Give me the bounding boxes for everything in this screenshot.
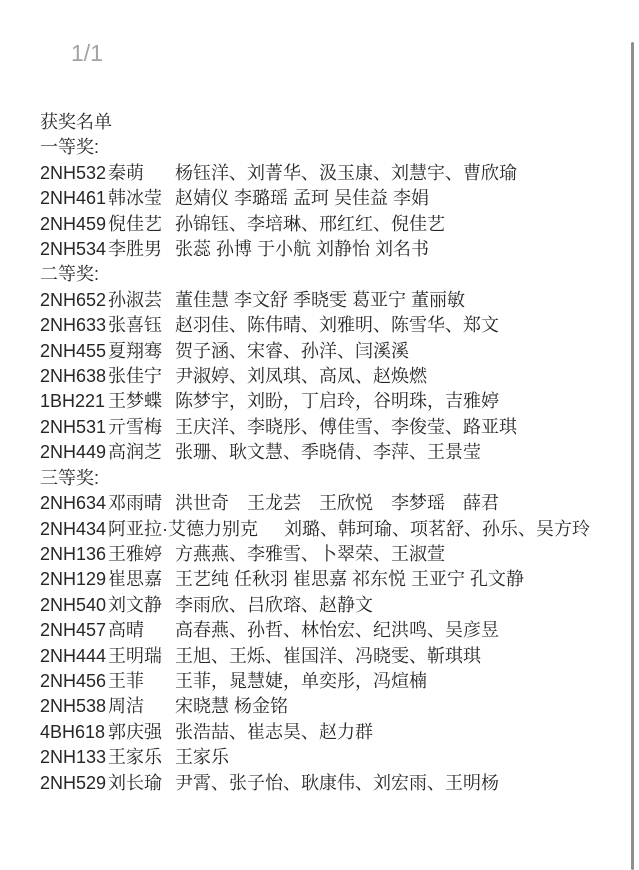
page-indicator: 1/1 — [71, 40, 103, 66]
award-row: 2NH459倪佳艺孙锦钰、李培琳、邢红红、倪佳艺 — [40, 212, 600, 237]
award-row: 2NH634邓雨晴洪世奇 王龙芸 王欣悦 李梦瑶 薛君 — [40, 491, 600, 516]
team-members: 尹霄、张子怡、耿康伟、刘宏雨、王明杨 — [175, 771, 499, 796]
team-leader: 周洁 — [108, 694, 175, 719]
team-members: 张浩喆、崔志昊、赵力群 — [175, 720, 373, 745]
team-members: 陈梦宇，刘盼，丁启玲，谷明珠，吉雅婷 — [175, 389, 499, 414]
section-label: 二等奖: — [40, 262, 600, 287]
team-code: 2NH534 — [40, 237, 108, 262]
award-row: 2NH129崔思嘉王艺纯 任秋羽 崔思嘉 祁东悦 王亚宁 孔文静 — [40, 567, 600, 592]
team-leader: 王家乐 — [108, 745, 175, 770]
team-leader: 王菲 — [108, 669, 175, 694]
award-row: 2NH457高晴高春燕、孙哲、林怡宏、纪洪鸣、吴彦昱 — [40, 618, 600, 643]
team-code: 2NH459 — [40, 212, 108, 237]
team-members: 宋晓慧 杨金铭 — [175, 694, 288, 719]
team-members: 李雨欣、吕欣瑢、赵静文 — [175, 593, 373, 618]
team-members: 方燕燕、李雅雪、卜翠荣、王淑萱 — [175, 542, 445, 567]
team-code: 2NH529 — [40, 771, 108, 796]
award-row: 2NH538周洁宋晓慧 杨金铭 — [40, 694, 600, 719]
document-title: 获奖名单 — [40, 110, 600, 135]
team-leader: 邓雨晴 — [108, 491, 175, 516]
team-members: 贺子涵、宋睿、孙洋、闫溪溪 — [175, 339, 409, 364]
team-code: 4BH618 — [40, 720, 108, 745]
award-row: 2NH133王家乐王家乐 — [40, 745, 600, 770]
award-sections: 一等奖:2NH532秦萌杨钰洋、刘菁华、汲玉康、刘慧宇、曹欣瑜2NH461韩冰莹… — [40, 135, 600, 796]
team-code: 2NH455 — [40, 339, 108, 364]
team-leader: 夏翔骞 — [108, 339, 175, 364]
award-row: 2NH136王雅婷方燕燕、李雅雪、卜翠荣、王淑萱 — [40, 542, 600, 567]
award-row: 2NH633张喜钰赵羽佳、陈伟晴、刘雅明、陈雪华、郑文 — [40, 313, 600, 338]
team-leader: 李胜男 — [108, 237, 175, 262]
team-code: 2NH129 — [40, 567, 108, 592]
team-leader: 阿亚拉·艾德力别克 — [108, 517, 266, 542]
team-code: 2NH133 — [40, 745, 108, 770]
team-leader: 王雅婷 — [108, 542, 175, 567]
team-leader: 刘文静 — [108, 593, 175, 618]
team-members: 王家乐 — [175, 745, 229, 770]
team-code: 2NH449 — [40, 440, 108, 465]
team-members: 高春燕、孙哲、林怡宏、纪洪鸣、吴彦昱 — [175, 618, 499, 643]
team-leader: 郭庆强 — [108, 720, 175, 745]
team-code: 2NH456 — [40, 669, 108, 694]
award-row: 2NH532秦萌杨钰洋、刘菁华、汲玉康、刘慧宇、曹欣瑜 — [40, 161, 600, 186]
team-code: 2NH638 — [40, 364, 108, 389]
team-leader: 韩冰莹 — [108, 186, 175, 211]
section-label: 三等奖: — [40, 466, 600, 491]
team-members: 尹淑婷、刘凤琪、高凤、赵焕燃 — [175, 364, 427, 389]
team-members: 赵羽佳、陈伟晴、刘雅明、陈雪华、郑文 — [175, 313, 499, 338]
team-leader: 张佳宁 — [108, 364, 175, 389]
section-label: 一等奖: — [40, 135, 600, 160]
award-row: 2NH434阿亚拉·艾德力别克 刘璐、韩珂瑜、项茗舒、孙乐、吴方玲 — [40, 517, 600, 542]
team-code: 2NH434 — [40, 517, 108, 542]
award-row: 2NH652孙淑芸董佳慧 李文舒 季晓雯 葛亚宁 董丽敏 — [40, 288, 600, 313]
team-code: 2NH532 — [40, 161, 108, 186]
award-row: 2NH461韩冰莹赵婧仪 李璐瑶 孟珂 吴佳益 李娟 — [40, 186, 600, 211]
team-members: 王旭、王烁、崔国洋、冯晓雯、靳琪琪 — [175, 644, 481, 669]
award-row: 2NH455夏翔骞贺子涵、宋睿、孙洋、闫溪溪 — [40, 339, 600, 364]
team-members: 杨钰洋、刘菁华、汲玉康、刘慧宇、曹欣瑜 — [175, 161, 517, 186]
team-members: 王艺纯 任秋羽 崔思嘉 祁东悦 王亚宁 孔文静 — [175, 567, 524, 592]
team-code: 1BH221 — [40, 389, 108, 414]
team-leader: 秦萌 — [108, 161, 175, 186]
team-code: 2NH540 — [40, 593, 108, 618]
team-leader: 亓雪梅 — [108, 415, 175, 440]
scrollbar-track — [631, 42, 634, 870]
award-row: 2NH540刘文静李雨欣、吕欣瑢、赵静文 — [40, 593, 600, 618]
team-code: 2NH652 — [40, 288, 108, 313]
team-members: 王庆洋、李晓彤、傅佳雪、李俊莹、路亚琪 — [175, 415, 517, 440]
award-row: 4BH618郭庆强张浩喆、崔志昊、赵力群 — [40, 720, 600, 745]
team-leader: 高润芝 — [108, 440, 175, 465]
team-code: 2NH461 — [40, 186, 108, 211]
team-members: 刘璐、韩珂瑜、项茗舒、孙乐、吴方玲 — [266, 517, 590, 542]
team-code: 2NH634 — [40, 491, 108, 516]
team-code: 2NH457 — [40, 618, 108, 643]
team-code: 2NH444 — [40, 644, 108, 669]
team-leader: 高晴 — [108, 618, 175, 643]
team-leader: 孙淑芸 — [108, 288, 175, 313]
team-leader: 王梦蝶 — [108, 389, 175, 414]
award-row: 2NH444王明瑞王旭、王烁、崔国洋、冯晓雯、靳琪琪 — [40, 644, 600, 669]
team-members: 赵婧仪 李璐瑶 孟珂 吴佳益 李娟 — [175, 186, 429, 211]
team-code: 2NH136 — [40, 542, 108, 567]
team-code: 2NH531 — [40, 415, 108, 440]
award-row: 2NH456王菲王菲，晁慧婕，单奕彤，冯煊楠 — [40, 669, 600, 694]
award-row: 2NH534李胜男张蕊 孙博 于小航 刘静怡 刘名书 — [40, 237, 600, 262]
team-code: 2NH633 — [40, 313, 108, 338]
team-leader: 刘长瑜 — [108, 771, 175, 796]
award-row: 2NH638张佳宁尹淑婷、刘凤琪、高凤、赵焕燃 — [40, 364, 600, 389]
team-code: 2NH538 — [40, 694, 108, 719]
document-body: 获奖名单 一等奖:2NH532秦萌杨钰洋、刘菁华、汲玉康、刘慧宇、曹欣瑜2NH4… — [40, 110, 600, 796]
team-members: 张蕊 孙博 于小航 刘静怡 刘名书 — [175, 237, 429, 262]
team-members: 孙锦钰、李培琳、邢红红、倪佳艺 — [175, 212, 445, 237]
team-members: 张珊、耿文慧、季晓倩、李萍、王景莹 — [175, 440, 481, 465]
team-leader: 崔思嘉 — [108, 567, 175, 592]
team-leader: 王明瑞 — [108, 644, 175, 669]
team-members: 董佳慧 李文舒 季晓雯 葛亚宁 董丽敏 — [175, 288, 465, 313]
award-row: 1BH221王梦蝶陈梦宇，刘盼，丁启玲，谷明珠，吉雅婷 — [40, 389, 600, 414]
team-members: 洪世奇 王龙芸 王欣悦 李梦瑶 薛君 — [175, 491, 499, 516]
scrollbar-thumb[interactable] — [631, 42, 634, 870]
team-members: 王菲，晁慧婕，单奕彤，冯煊楠 — [175, 669, 427, 694]
award-row: 2NH531亓雪梅王庆洋、李晓彤、傅佳雪、李俊莹、路亚琪 — [40, 415, 600, 440]
team-leader: 张喜钰 — [108, 313, 175, 338]
award-row: 2NH449高润芝张珊、耿文慧、季晓倩、李萍、王景莹 — [40, 440, 600, 465]
team-leader: 倪佳艺 — [108, 212, 175, 237]
award-row: 2NH529刘长瑜尹霄、张子怡、耿康伟、刘宏雨、王明杨 — [40, 771, 600, 796]
